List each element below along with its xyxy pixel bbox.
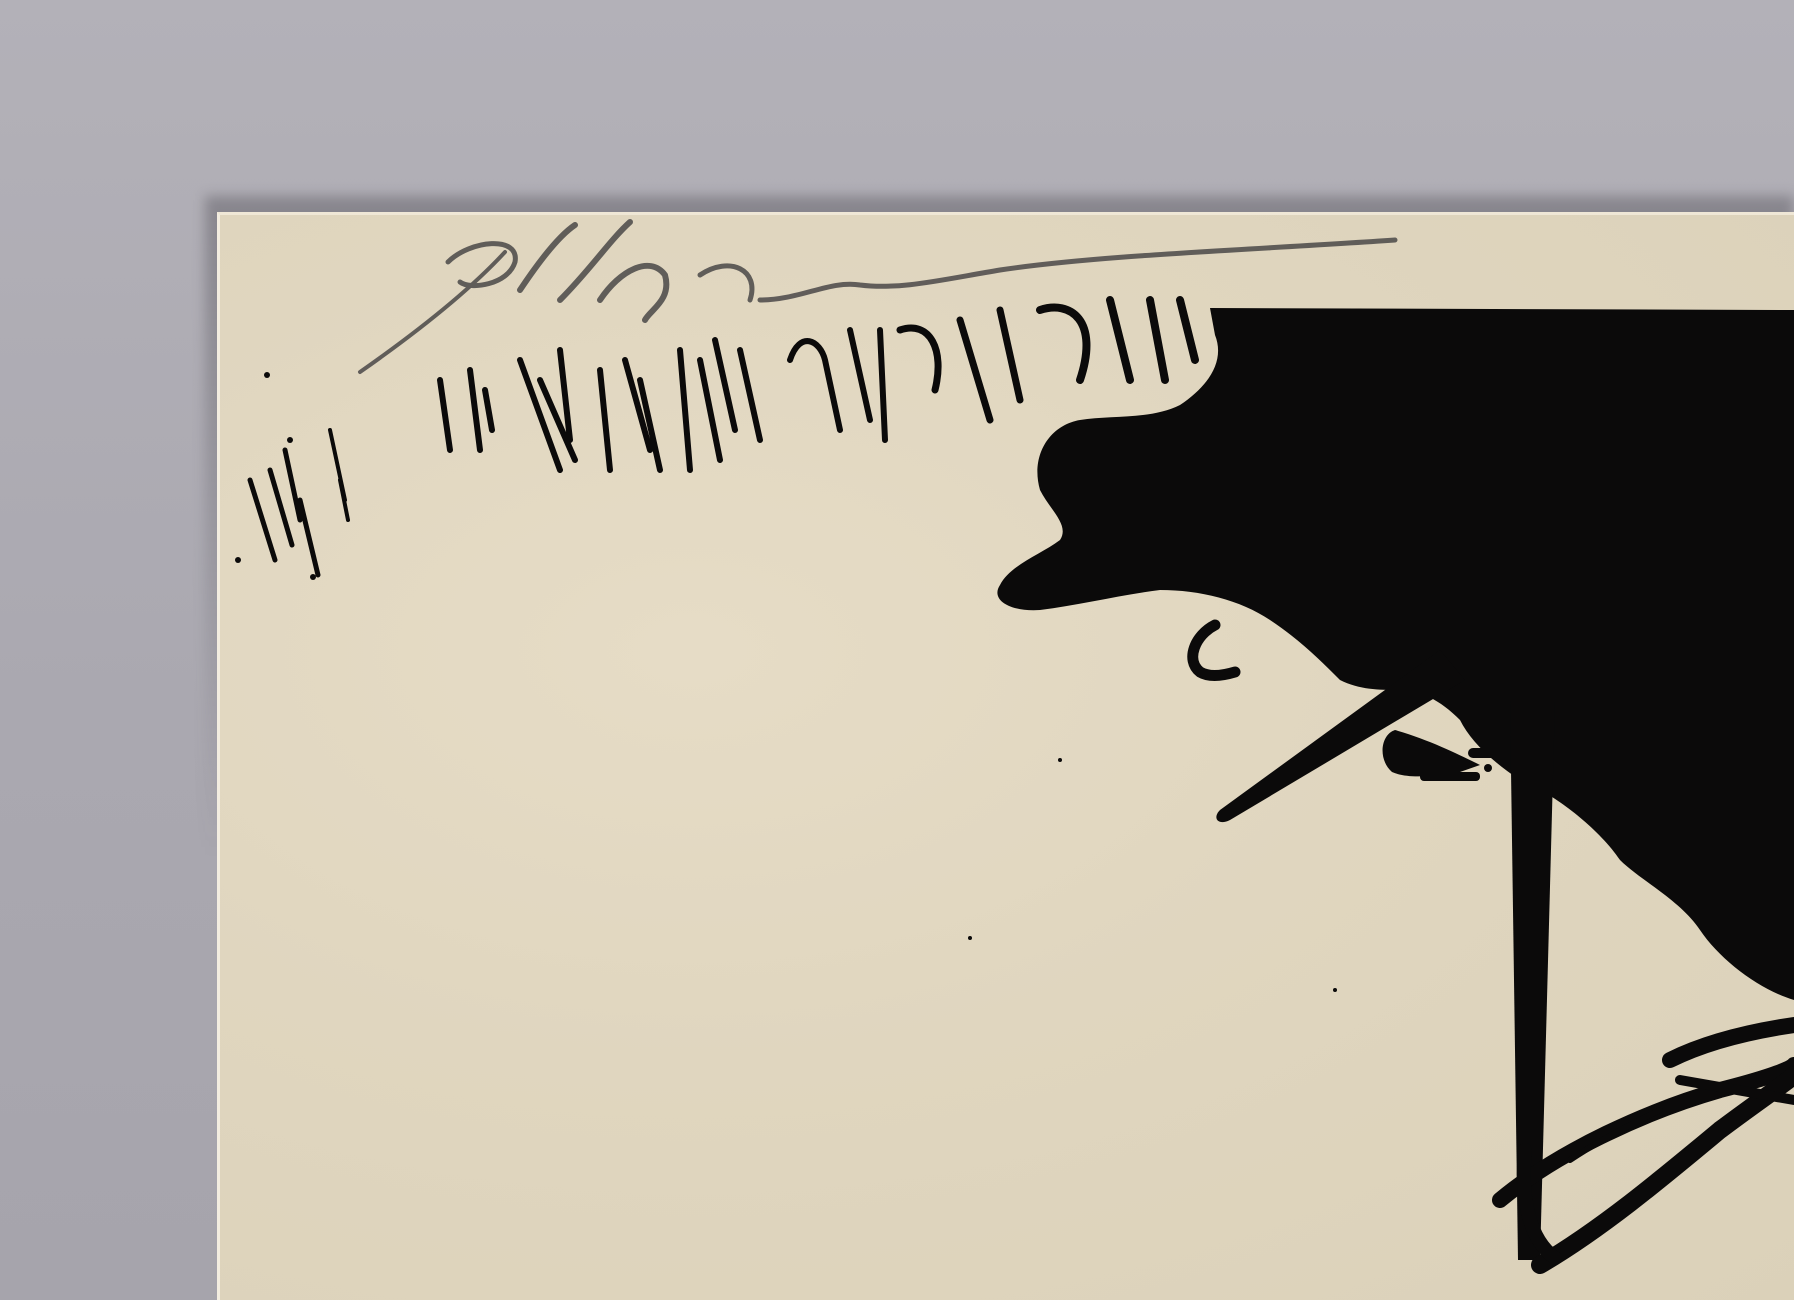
photo-stage bbox=[0, 0, 1794, 1300]
c-stroke bbox=[1193, 625, 1235, 675]
ink-mass bbox=[997, 308, 1794, 1000]
ink-drawing bbox=[0, 0, 1794, 1300]
